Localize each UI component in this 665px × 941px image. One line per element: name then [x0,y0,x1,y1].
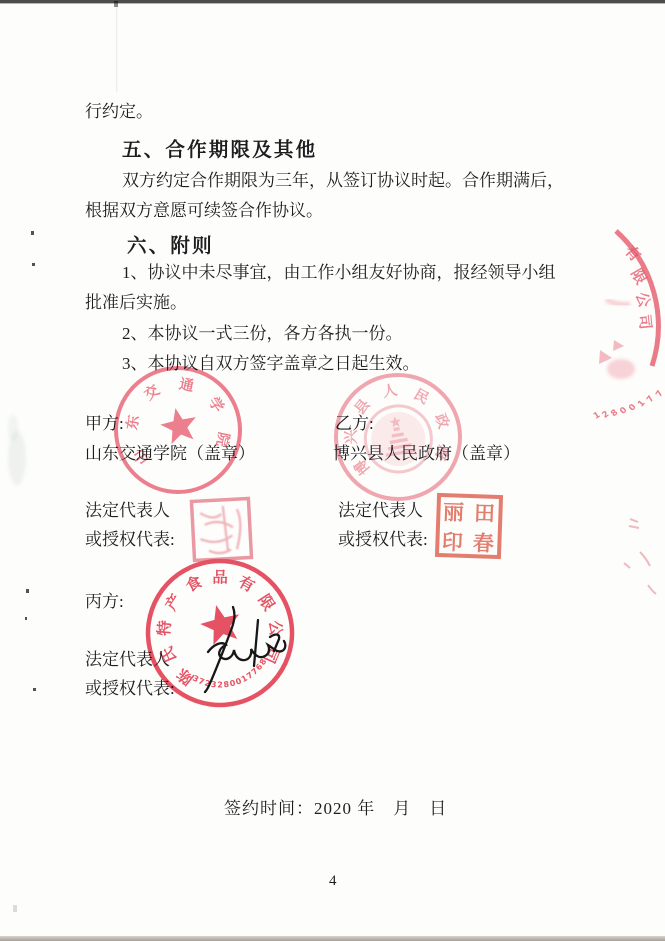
svg-text:品: 品 [212,568,228,586]
heading-section-5: 五、合作期限及其他 [122,138,317,164]
svg-text:0: 0 [618,405,629,416]
svg-text:公: 公 [632,290,653,310]
svg-text:司: 司 [635,313,654,330]
party-a-rep-line-2: 或授权代表: [85,529,175,552]
svg-text:2: 2 [204,678,212,688]
page-number: 4 [329,871,337,891]
clause-item-1-line-2: 批准后实施。 [85,292,187,315]
svg-text:政: 政 [431,411,453,431]
scan-edge-bottom [0,936,665,941]
party-a-name: 山东交通学院（盖章） [85,443,255,466]
svg-text:1: 1 [592,410,602,422]
clause-item-2: 2、本协议一式三份，各方各执一份。 [122,323,403,346]
party-c-label: 丙方: [85,591,124,614]
sign-date-line: 签约时间：2020 年 月 日 [224,798,447,821]
svg-text:春: 春 [472,531,494,556]
svg-text:公: 公 [266,620,285,637]
party-b-square-name-stamp: 丽田印春 [437,495,501,557]
clause-term-line-1: 双方约定合作期限为三年，从签订协议时起。合作期满后， [122,170,564,193]
party-b-rep-line-2: 或授权代表: [338,529,428,552]
svg-text:6: 6 [254,662,265,672]
svg-text:限: 限 [255,591,280,615]
svg-text:民: 民 [411,386,432,408]
party-a-round-seal: 山东交通学院 [104,356,251,503]
svg-text:有: 有 [235,572,258,596]
party-b-round-seal: 博兴县人民政府 [326,365,470,509]
party-a-square-name-stamp [191,499,251,561]
svg-text:特: 特 [155,619,174,637]
svg-text:印: 印 [442,530,464,555]
svg-text:8: 8 [258,657,269,667]
party-a-label: 甲方: [85,413,124,436]
svg-text:东: 东 [123,413,143,431]
scanned-agreement-page: 行约定。 五、合作期限及其他 双方约定合作期限为三年，从签订协议时起。合作期满后… [0,0,665,941]
svg-text:7: 7 [645,394,657,405]
svg-text:8: 8 [609,408,620,420]
svg-text:限: 限 [627,265,650,287]
svg-text:7: 7 [197,676,205,686]
clause-term-line-2: 根据双方意愿可续签合作协议。 [85,200,323,223]
svg-text:有: 有 [621,242,644,265]
page-edge-partial-seal: 有限公司12800177 [592,231,665,422]
clause-item-1-line-1: 1、协议中未尽事宜，由工作小组友好协商，报经领导小组 [122,262,556,285]
svg-text:司: 司 [260,644,284,666]
svg-text:1: 1 [240,673,250,684]
svg-text:食: 食 [182,571,205,595]
svg-text:0: 0 [234,676,243,687]
clause-tail-text: 行约定。 [85,101,153,124]
svg-text:7: 7 [654,389,665,399]
svg-text:田: 田 [474,501,496,526]
svg-text:学: 学 [205,394,228,416]
svg-text:交: 交 [141,380,164,403]
svg-text:0: 0 [229,678,237,688]
svg-text:2: 2 [601,409,612,421]
svg-text:人: 人 [381,381,399,400]
clause-item-3: 3、本协议自双方签字盖章之日起生效。 [122,353,420,376]
svg-text:丽: 丽 [443,500,465,525]
svg-text:7: 7 [250,666,260,676]
signature-handwriting [205,607,285,692]
svg-text:7: 7 [245,670,255,681]
svg-text:3: 3 [210,680,217,690]
party-c-rep-line-1: 法定代表人 [85,649,170,672]
faint-red-marks [624,519,656,594]
svg-text:通: 通 [178,375,196,395]
party-c-rep-line-2: 或授权代表: [85,678,175,701]
svg-text:8: 8 [223,680,230,690]
svg-text:2: 2 [217,681,223,690]
svg-text:1: 1 [636,398,648,409]
party-a-rep-line-1: 法定代表人 [85,500,170,523]
heading-section-6: 六、附则 [127,234,214,260]
party-b-name: 博兴县人民政府（盖章） [333,443,520,466]
svg-text:陈: 陈 [173,664,197,689]
party-b-rep-line-1: 法定代表人 [338,500,423,523]
svg-text:产: 产 [161,590,186,614]
party-b-label: 乙方: [335,413,374,436]
svg-text:3: 3 [191,674,200,685]
scan-edge-top [0,0,665,3]
svg-text:0: 0 [627,402,638,413]
